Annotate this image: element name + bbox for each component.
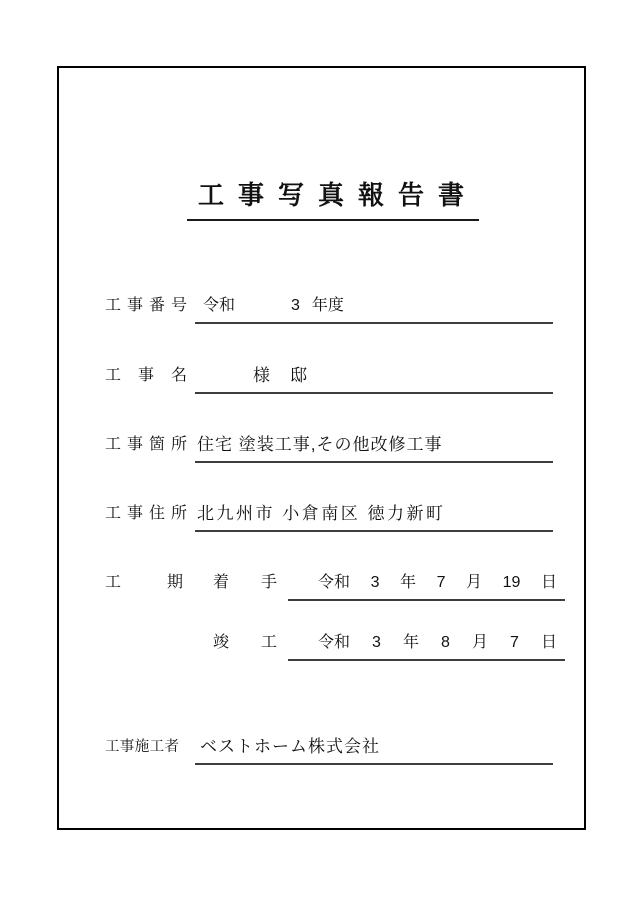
period-end-label: 竣工 xyxy=(213,633,277,653)
field-row-construction-name: 工事名 様邸 xyxy=(105,366,553,394)
era-text: 令和 xyxy=(203,296,235,316)
report-title: 工事写真報告書 xyxy=(187,180,479,210)
start-month: 7 xyxy=(437,573,446,593)
residence-suffix: 邸 xyxy=(290,366,307,386)
contractor-value: ベストホーム株式会社 xyxy=(195,737,553,765)
field-row-contractor: 工事施工者 ベストホーム株式会社 xyxy=(105,737,553,765)
construction-number-value-line: 令和3年度 xyxy=(195,296,553,324)
field-row-construction-number: 工事番号 令和3年度 xyxy=(105,296,553,324)
page-border-frame: 工事写真報告書 工事番号 令和3年度 工事名 様邸 工事箇所 住宅 塗装工事,そ… xyxy=(57,66,586,830)
end-day: 7 xyxy=(510,633,519,653)
field-row-construction-address: 工事住所 北九州市 小倉南区 徳力新町 xyxy=(105,504,553,532)
field-row-period-start: 工期 着手 令和 3 年 7 月 19 日 xyxy=(105,573,565,601)
fiscal-year-number: 3 xyxy=(291,296,300,316)
construction-address-label: 工事住所 xyxy=(105,504,187,524)
start-month-unit: 月 xyxy=(466,573,482,593)
start-era: 令和 xyxy=(318,573,350,593)
start-day: 19 xyxy=(503,573,521,593)
end-month: 8 xyxy=(441,633,450,653)
report-title-block: 工事写真報告書 xyxy=(187,180,479,221)
fiscal-year-suffix: 年度 xyxy=(312,296,344,316)
end-day-unit: 日 xyxy=(541,633,557,653)
period-label: 工期 xyxy=(105,573,183,593)
start-day-unit: 日 xyxy=(541,573,557,593)
period-end-date-line: 令和 3 年 8 月 7 日 xyxy=(288,633,565,661)
contractor-label: 工事施工者 xyxy=(105,737,179,757)
end-year-unit: 年 xyxy=(403,633,419,653)
construction-address-value: 北九州市 小倉南区 徳力新町 xyxy=(195,504,553,532)
client-honorific: 様 xyxy=(253,366,270,386)
construction-name-value-line: 様邸 xyxy=(195,366,553,394)
field-row-construction-location: 工事箇所 住宅 塗装工事,その他改修工事 xyxy=(105,435,553,463)
end-year: 3 xyxy=(372,633,381,653)
construction-location-label: 工事箇所 xyxy=(105,435,187,455)
period-start-date-line: 令和 3 年 7 月 19 日 xyxy=(288,573,565,601)
period-start-label: 着手 xyxy=(213,573,277,593)
field-row-period-end: 竣工 令和 3 年 8 月 7 日 xyxy=(105,633,565,661)
start-year-unit: 年 xyxy=(400,573,416,593)
construction-location-value: 住宅 塗装工事,その他改修工事 xyxy=(195,435,553,463)
construction-name-label: 工事名 xyxy=(105,366,187,386)
end-era: 令和 xyxy=(318,633,350,653)
construction-number-label: 工事番号 xyxy=(105,296,187,316)
end-month-unit: 月 xyxy=(472,633,488,653)
start-year: 3 xyxy=(371,573,380,593)
